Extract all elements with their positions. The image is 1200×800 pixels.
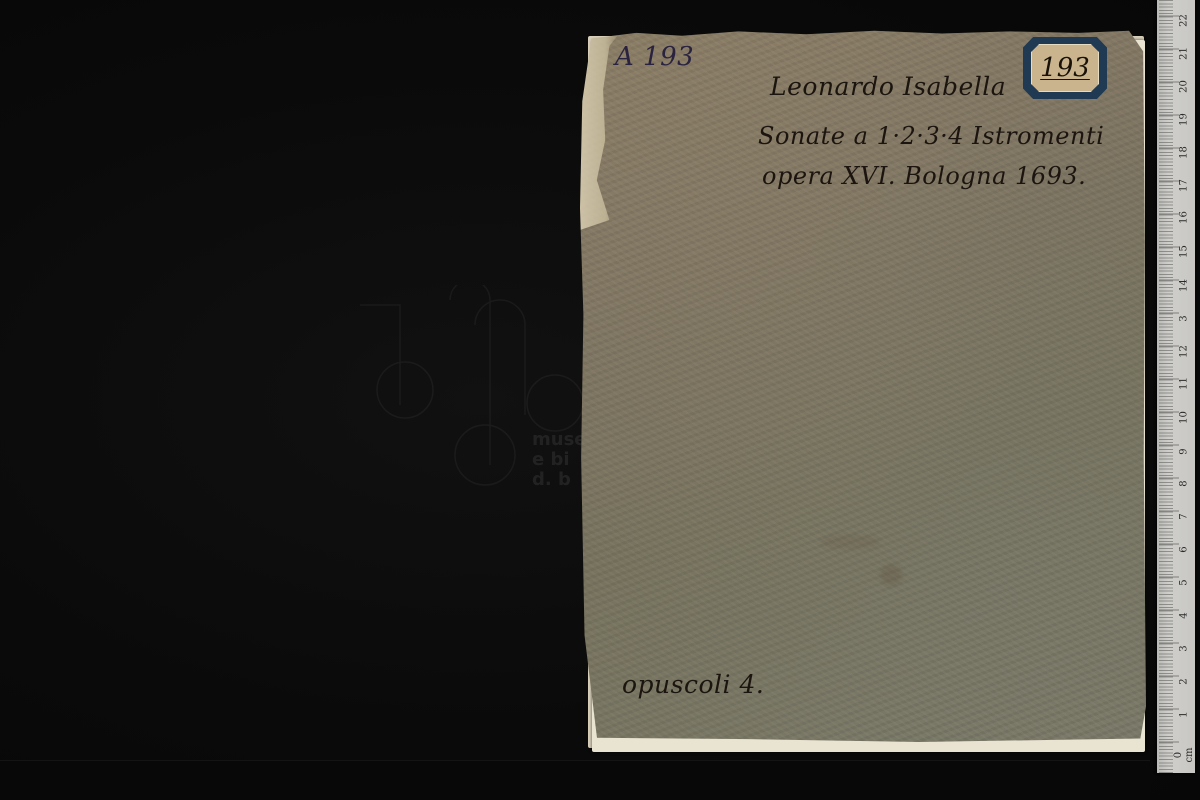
footer-note: opuscoli 4.	[622, 670, 764, 699]
title-line-composer: Leonardo Isabella	[770, 72, 1006, 101]
manuscript-cover: A 193 193 Leonardo Isabella Sonate a 1·2…	[580, 30, 1146, 742]
catalog-label: 193	[1023, 37, 1107, 99]
ruler-label: 10	[1179, 408, 1190, 428]
title-line-work: Sonate a 1·2·3·4 Istromenti	[758, 122, 1104, 150]
ruler-label: 2	[1179, 672, 1190, 692]
bottom-shadow-band	[0, 760, 1150, 800]
ruler-label: 16	[1179, 208, 1190, 228]
ruler-label: 5	[1179, 573, 1190, 593]
ruler-label: 11	[1179, 374, 1190, 394]
ruler-label: 12	[1179, 342, 1190, 362]
ruler-label: 17	[1179, 176, 1190, 196]
ruler-label: 3	[1179, 639, 1190, 659]
ruler-label: 1	[1179, 705, 1190, 725]
title-line-opus: opera XVI. Bologna 1693.	[762, 162, 1086, 190]
shelfmark: A 193	[615, 42, 694, 72]
ruler-label: 3	[1179, 309, 1190, 329]
ruler-label: 8	[1179, 474, 1190, 494]
ruler-label: 15	[1179, 242, 1190, 262]
catalog-label-number: 193	[1040, 53, 1090, 83]
scan-stage: museo e bi d. b A 193 193 Leonardo Isabe…	[0, 0, 1200, 800]
ruler-label: 6	[1179, 540, 1190, 560]
ruler-label: 9	[1179, 442, 1190, 462]
ruler-label: 21	[1179, 44, 1190, 64]
ruler-label: 7	[1179, 507, 1190, 527]
ruler-major-ticks	[1159, 0, 1179, 773]
ruler-label: 20	[1179, 77, 1190, 97]
ruler-label: 14	[1179, 276, 1190, 296]
ruler-label: 0 cm	[1173, 745, 1195, 765]
ruler-label: 22	[1179, 11, 1190, 31]
stain-mark	[820, 535, 880, 549]
measuring-ruler: 0 cm 1 2 3 4 5 6 7 8 9 10 11 12 3 14 15 …	[1157, 0, 1195, 773]
stain-mark	[880, 565, 902, 585]
ruler-label: 18	[1179, 143, 1190, 163]
ruler-label: 4	[1179, 606, 1190, 626]
ruler-label: 19	[1179, 110, 1190, 130]
